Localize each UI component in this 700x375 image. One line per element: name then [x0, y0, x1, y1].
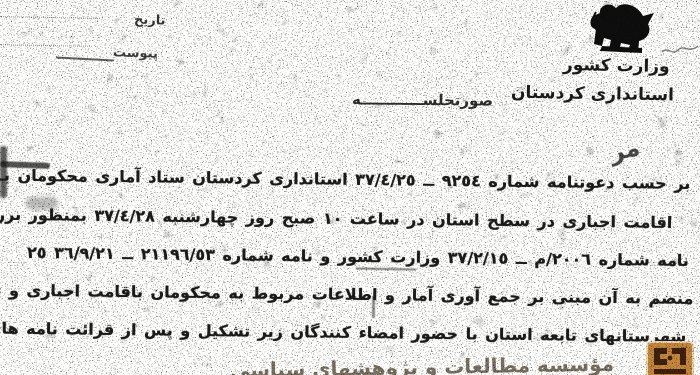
body-line-5: شهرستانهای تابعه استان با حضور امضاء کنن…: [0, 318, 686, 346]
lion-and-sun-emblem-icon: [582, 2, 664, 54]
body-line-3: نامه شماره ٢٠٠٦/م ــ ٣٧/٢/١٥ وزارت کشور …: [27, 243, 689, 270]
scan-artifact-dotted-line: [0, 16, 100, 19]
archive-watermark-text: مؤسسه مطالعات و پژوهشهای سیاسی: [230, 352, 614, 375]
attachment-label: پیوست: [113, 45, 158, 62]
scan-artifact-vertical-stroke: [372, 296, 375, 318]
body-line-1: بر حسب دعوتنامه شماره ٩٢٥٤ ــ ٣٧/٤/٢٥ اس…: [0, 165, 690, 193]
scan-smudge-left-edge: [0, 146, 7, 198]
date-label: تاریخ: [134, 12, 166, 28]
body-line-2: اقامت اجباری در سطح استان در ساعت ١٠ صبح…: [0, 204, 672, 232]
handwritten-annotation: مر: [607, 133, 642, 167]
institute-emblem-icon: [646, 341, 694, 375]
scan-artifact-dotted-line: [0, 44, 92, 47]
scanned-document-page: تاریخ پیوست وزارت کشور استانداری کردستان…: [0, 0, 700, 375]
governorate-name: استانداری کردستان: [511, 83, 674, 106]
ministry-name: وزارت کشور: [563, 55, 670, 77]
scan-artifact-overline: [356, 267, 416, 270]
subject-heading: صورتجلســــــــــــه: [352, 90, 493, 109]
attachment-fill-line: [56, 56, 114, 61]
body-line-4: منضم به آن مبنی بر جمع آوری آمار و اطلاع…: [0, 279, 693, 308]
scan-smudge-blot: [26, 197, 58, 210]
